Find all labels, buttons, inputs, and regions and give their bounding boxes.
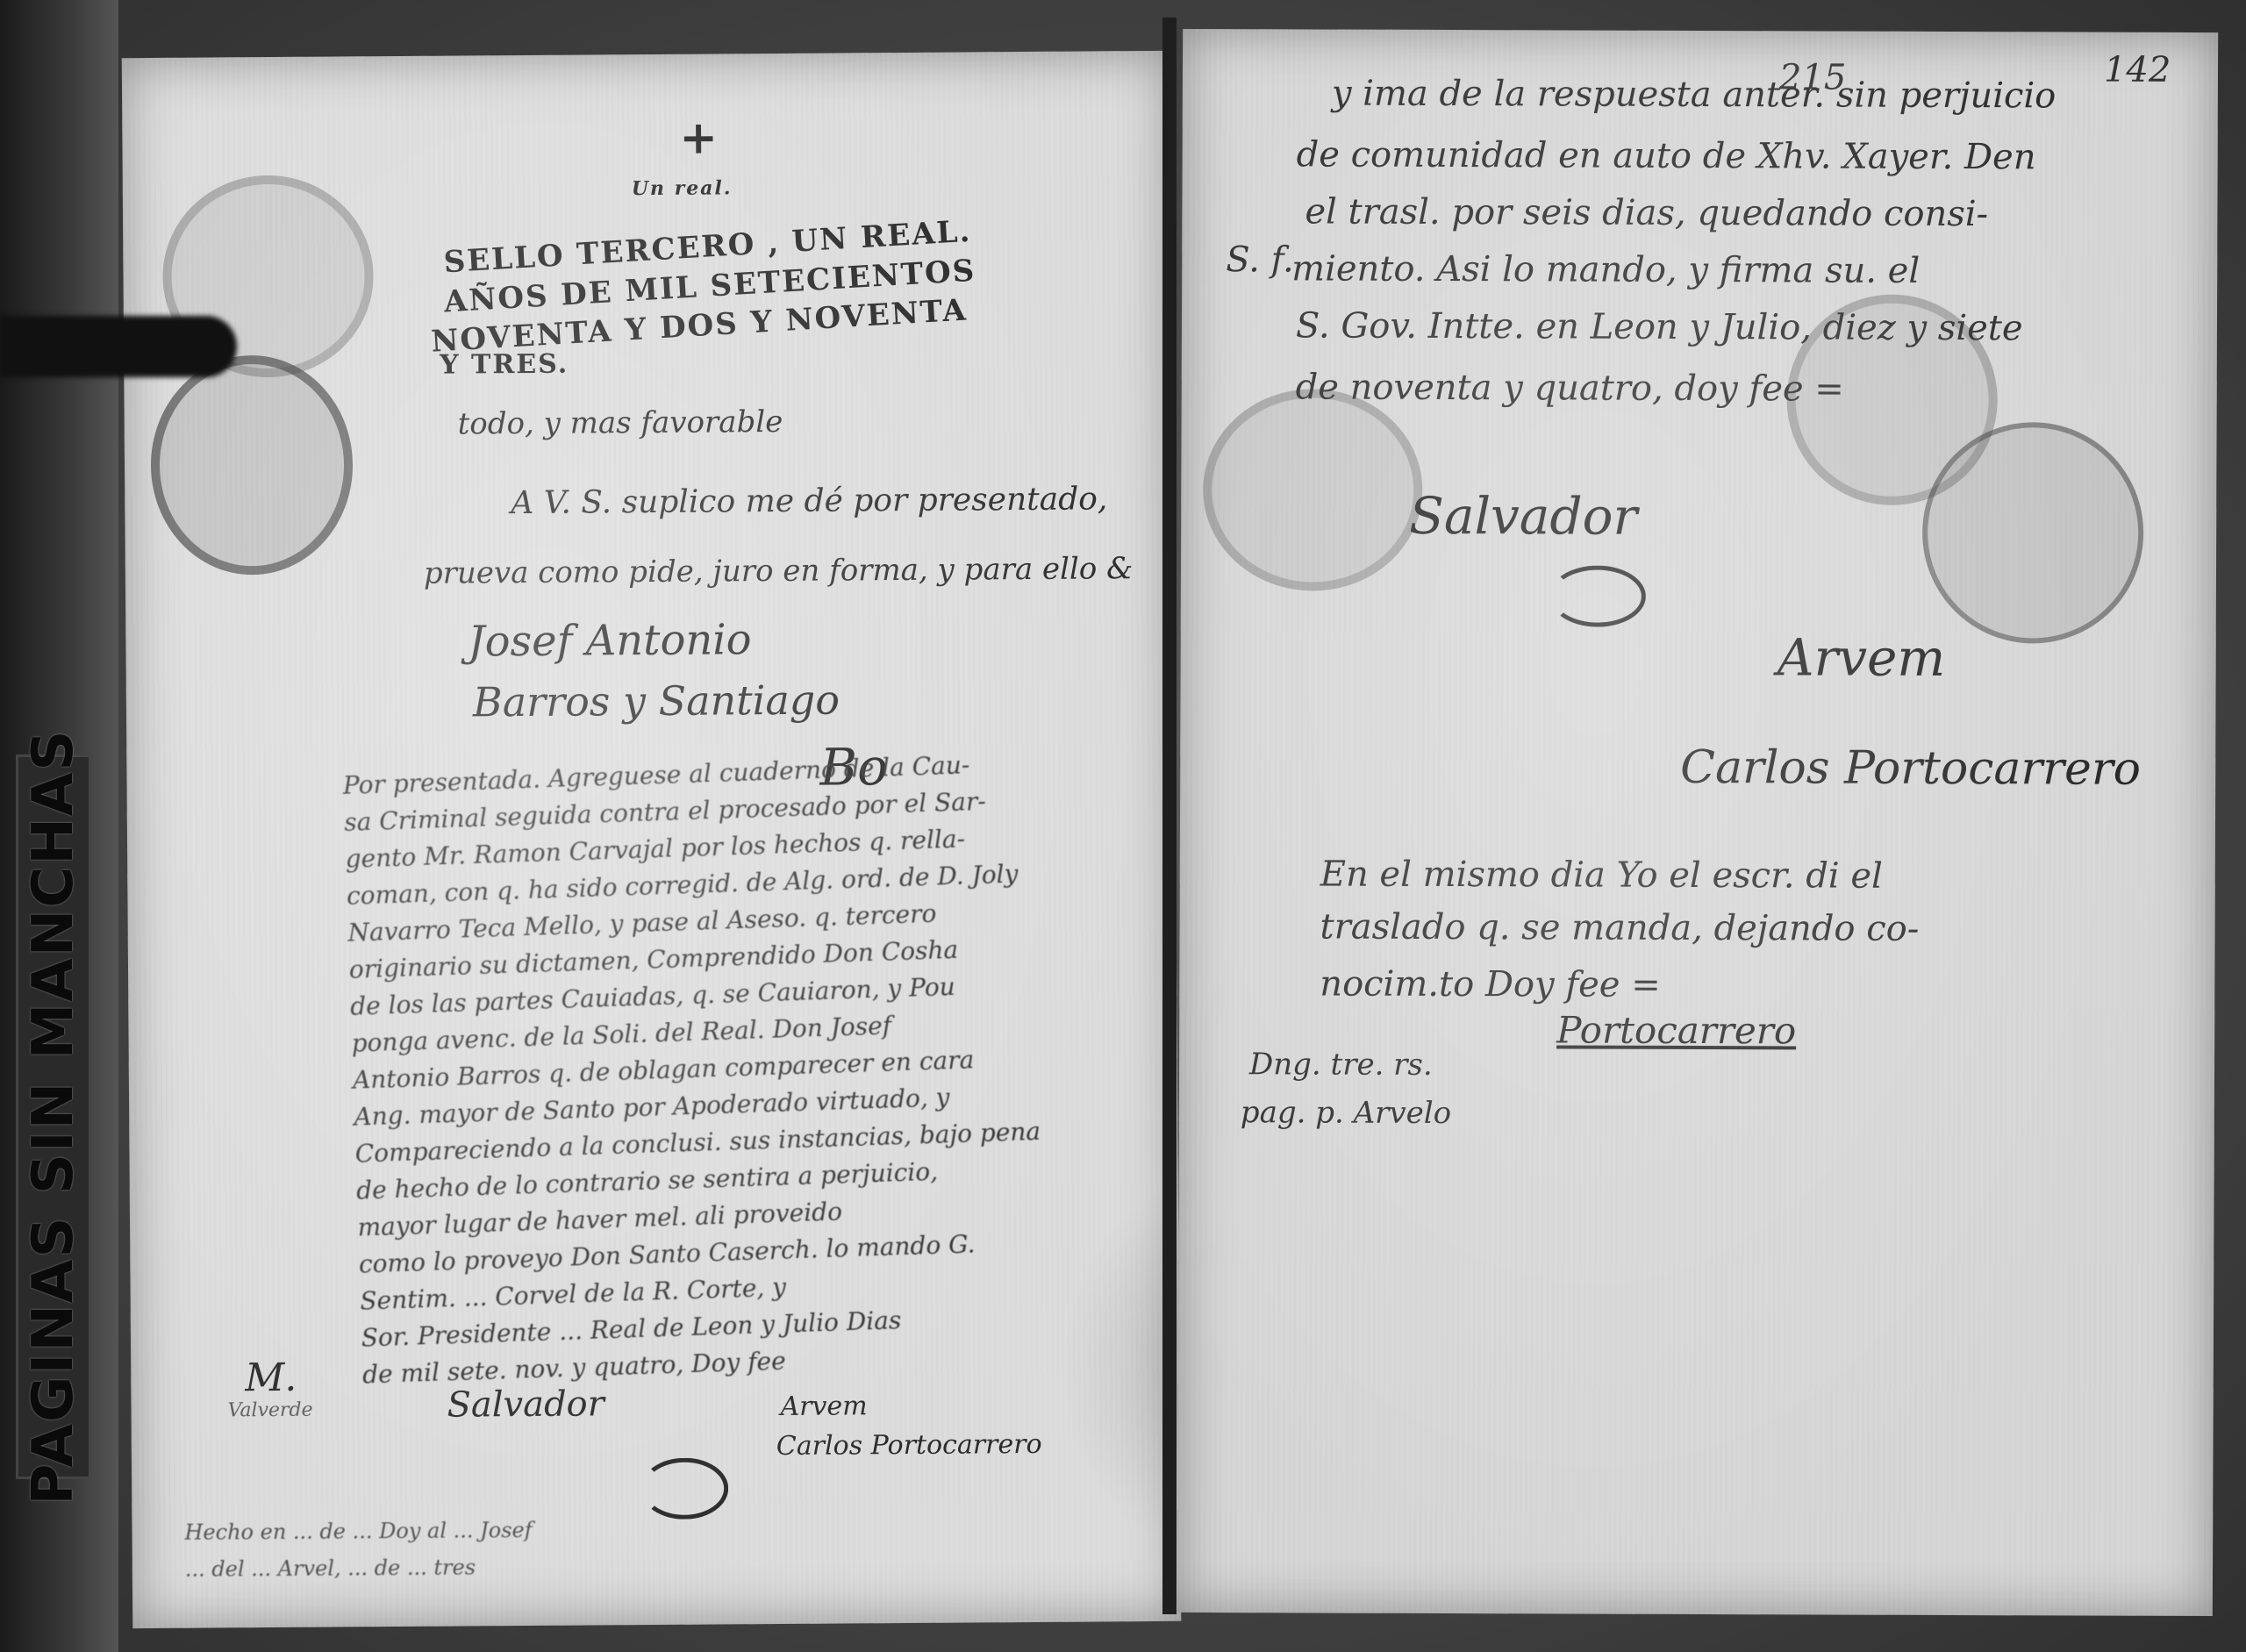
signature: Arvem [1777,627,1946,688]
handwritten-line: todo, y mas favorable [458,404,783,442]
signature-flourish [1549,565,1646,626]
seal-stamp [150,354,354,576]
handwritten-line: de noventa y quatro, doy fee = [1296,367,1844,409]
bottom-notes: Hecho en ... de ... Doy al ... Josef ...… [184,1512,533,1588]
printed-seal-line: Y TRES. [440,349,569,381]
note-signature: Portocarrero [1556,1008,1796,1052]
note-line: En el mismo dia Yo el escr. di el [1320,854,1883,896]
bottom-signature: Arvem [780,1391,867,1422]
handwritten-line: miento. Asi lo mando, y firma su. el [1291,248,1920,290]
signature: Carlos Portocarrero [1680,741,2141,796]
note-line: ... del ... Arvel, ... de ... tres [185,1548,533,1588]
note-line: Hecho en ... de ... Doy al ... Josef [184,1512,532,1551]
handwritten-line: y ima de la respuesta anter. sin perjuic… [1332,74,2056,117]
handwritten-line: el trasl. por seis dias, quedando consi- [1305,191,1988,234]
note-line: nocim.to Doy fee = [1320,963,1661,1005]
handwritten-line: prueva como pide, juro en forma, y para … [424,551,1134,591]
handwritten-line: A V. S. suplico me dé por presentado, [511,481,1107,521]
fee-note: Dng. tre. rs. [1249,1047,1433,1083]
bottom-signature: Carlos Portocarrero [776,1429,1042,1462]
bottom-signature: M. [245,1355,297,1400]
archive-tab: PAGINAS SIN MANCHAS [16,754,91,1479]
note-line: traslado q. se manda, dejando co- [1320,906,1920,948]
seal-stamp-faint [1203,389,1423,591]
seal-stamp [1922,422,2144,644]
signature-name: Barros y Santiago [473,676,840,726]
right-page: 215 142 S. f. y ima de la respuesta ante… [1177,29,2218,1616]
left-page: + Un real. SELLO TERCERO , UN REAL. AÑOS… [122,51,1181,1628]
fee-note: pag. p. Arvelo [1241,1095,1451,1131]
margin-note: S. f. [1226,240,1294,280]
stamp-heading: Un real. [632,176,733,200]
folio-number: 142 [2104,50,2171,90]
page-gutter [1162,18,1177,1614]
signature: Salvador [1409,486,1637,547]
handwritten-line: de comunidad en auto de Xhv. Xayer. Den [1297,134,2036,177]
cross-mark: + [679,111,719,164]
archive-tab-label: PAGINAS SIN MANCHAS [21,728,86,1505]
body-paragraph: Por presentada. Agreguese al cuaderno de… [342,745,1048,1394]
signature-name: Josef Antonio [468,615,752,666]
handwritten-line: S. Gov. Intte. en Leon y Julio, diez y s… [1296,305,2023,348]
bottom-signature: Salvador [447,1384,604,1425]
bottom-signature: Valverde [227,1399,312,1422]
pointer-shadow [0,316,237,377]
signature-flourish [640,1457,728,1520]
